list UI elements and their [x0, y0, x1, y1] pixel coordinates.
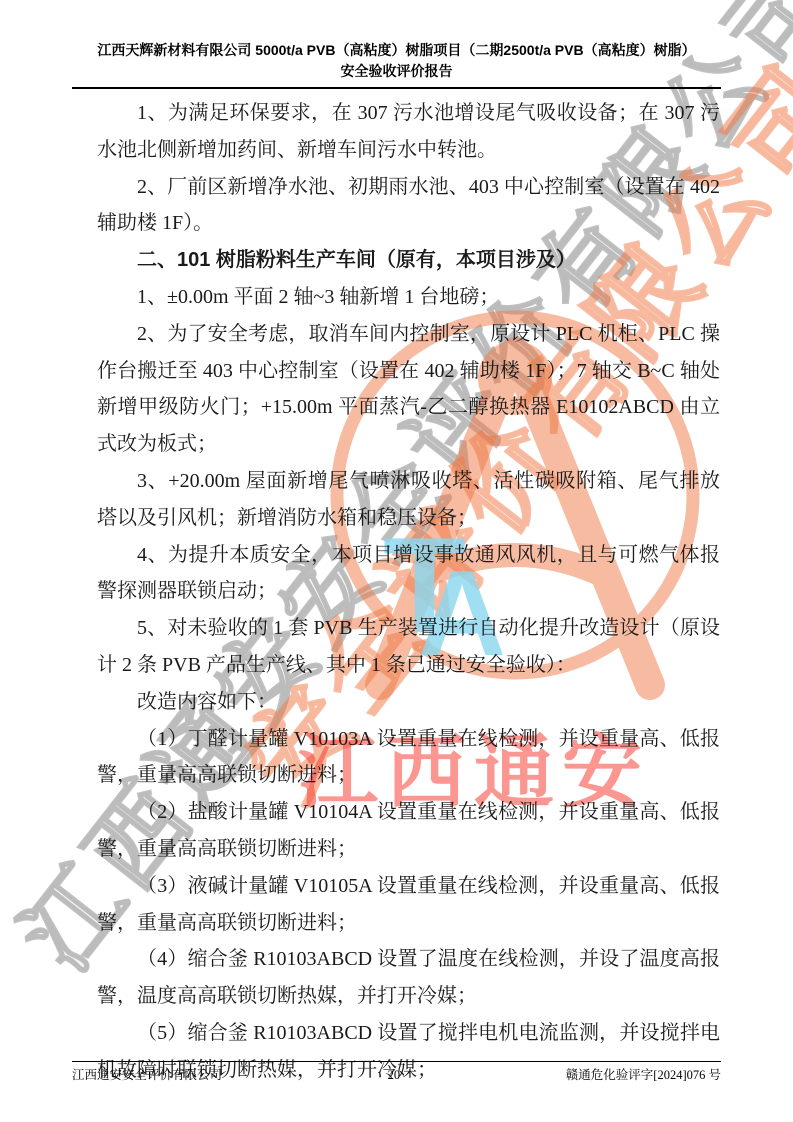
report-title-line2: 安全验收评价报告	[72, 61, 721, 82]
document-content: 江西天辉新材料有限公司 5000t/a PVB（高粘度）树脂项目（二期2500t…	[0, 0, 793, 1122]
paragraph: （3）液碱计量罐 V10105A 设置重量在线检测，并设重量高、低报警，重量高高…	[97, 868, 720, 942]
page-footer: 江西通安安全评价有限公司 20 赣通危化验评字[2024]076 号	[72, 1066, 721, 1084]
report-header: 江西天辉新材料有限公司 5000t/a PVB（高粘度）树脂项目（二期2500t…	[72, 40, 721, 82]
paragraph: 二、101 树脂粉料生产车间（原有，本项目涉及）	[97, 242, 720, 279]
report-title-line1: 江西天辉新材料有限公司 5000t/a PVB（高粘度）树脂项目（二期2500t…	[72, 40, 721, 61]
paragraph: 3、+20.00m 屋面新增尾气喷淋吸收塔、活性碳吸附箱、尾气排放塔以及引风机；…	[97, 463, 720, 537]
paragraph: （2）盐酸计量罐 V10104A 设置重量在线检测，并设重量高、低报警，重量高高…	[97, 794, 720, 868]
paragraph: 5、对未验收的 1 套 PVB 生产装置进行自动化提升改造设计（原设计 2 条 …	[97, 610, 720, 684]
paragraph: 2、厂前区新增净水池、初期雨水池、403 中心控制室（设置在 402 辅助楼 1…	[97, 169, 720, 243]
paragraph: （4）缩合釜 R10103ABCD 设置了温度在线检测，并设了温度高报警，温度高…	[97, 941, 720, 1015]
paragraph: 4、为提升本质安全，本项目增设事故通风风机，且与可燃气体报警探测器联锁启动；	[97, 537, 720, 611]
document-body: 1、为满足环保要求，在 307 污水池增设尾气吸收设备；在 307 污水池北侧新…	[97, 95, 720, 1089]
paragraph: （1）丁醛计量罐 V10103A 设置重量在线检测，并设重量高、低报警，重量高高…	[97, 721, 720, 795]
footer-rule	[72, 1061, 721, 1062]
header-rule	[72, 87, 721, 89]
footer-page-number: 20	[388, 1066, 401, 1084]
paragraph: 1、±0.00m 平面 2 轴~3 轴新增 1 台地磅；	[97, 279, 720, 316]
document-page: 江西通安安全评价有限公司 安全评价有限公司 T A 江西通安 江西天辉新材料有限…	[0, 0, 793, 1122]
paragraph: 1、为满足环保要求，在 307 污水池增设尾气吸收设备；在 307 污水池北侧新…	[97, 95, 720, 169]
footer-document-number: 赣通危化验评字[2024]076 号	[566, 1066, 721, 1084]
paragraph: 2、为了安全考虑，取消车间内控制室，原设计 PLC 机柜、PLC 操作台搬迁至 …	[97, 316, 720, 463]
footer-company-name: 江西通安安全评价有限公司	[72, 1066, 222, 1084]
paragraph: 改造内容如下：	[97, 684, 720, 721]
